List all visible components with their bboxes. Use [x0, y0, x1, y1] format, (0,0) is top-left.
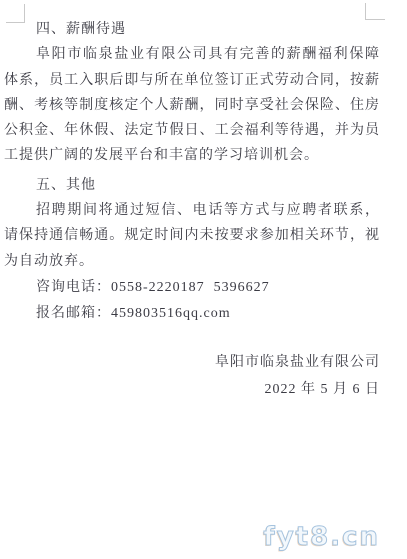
signature-date: 2022 年 5 月 6 日 [4, 377, 380, 402]
signature-block: 阜阳市临泉盐业有限公司 2022 年 5 月 6 日 [4, 350, 380, 403]
signature-company-name: 阜阳市临泉盐业有限公司 [4, 350, 380, 375]
site-watermark: fyt8.cn [263, 522, 380, 552]
document-page: 四、薪酬待遇 阜阳市临泉盐业有限公司具有完善的薪酬福利保障体系，员工入职后即与所… [0, 0, 407, 559]
document-body: 四、薪酬待遇 阜阳市临泉盐业有限公司具有完善的薪酬福利保障体系，员工入职后即与所… [4, 17, 380, 402]
salary-benefits-paragraph: 阜阳市临泉盐业有限公司具有完善的薪酬福利保障体系，员工入职后即与所在单位签订正式… [4, 42, 380, 168]
section-heading-other: 五、其他 [4, 173, 380, 198]
contact-phone-line: 咨询电话：0558-2220187 5396627 [4, 275, 380, 300]
other-info-paragraph: 招聘期间将通过短信、电话等方式与应聘者联系，请保持通信畅通。规定时间内未按要求参… [4, 198, 380, 274]
application-email-line: 报名邮箱：459803516qq.com [4, 301, 380, 326]
section-heading-salary: 四、薪酬待遇 [4, 17, 380, 42]
